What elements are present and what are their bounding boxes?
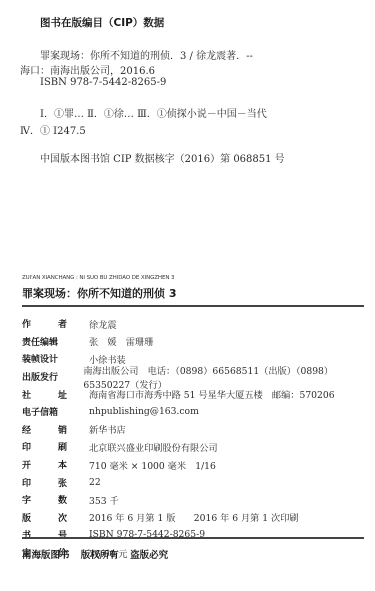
detail-label-part: 址 — [58, 388, 67, 401]
detail-label: 装帧设计 — [22, 352, 67, 365]
detail-label: 版次 — [22, 511, 67, 524]
detail-label: 印张 — [22, 476, 67, 489]
detail-row: 印刷北京联兴盛业印刷股份有限公司 — [22, 438, 375, 456]
pinyin-title: ZUI'AN XIANCHANG : NI SUO BU ZHIDAO DE X… — [22, 275, 174, 281]
detail-value: 22 — [89, 477, 101, 488]
cip-heading: 图书在版编目（CIP）数据 — [40, 15, 164, 30]
detail-label-part: 印 — [22, 476, 31, 489]
detail-value: 海南省海口市海秀中路 51 号星华大厦五楼 邮编：570206 — [89, 387, 335, 401]
detail-label-part: 印 — [22, 440, 31, 453]
detail-label: 责任编辑 — [22, 335, 67, 348]
detail-value: 徐龙震 — [89, 317, 117, 331]
detail-label-part: 刷 — [58, 440, 67, 453]
detail-label-part: 本 — [58, 458, 67, 471]
detail-label-part: 数 — [58, 493, 67, 506]
detail-row: 书号ISBN 978-7-5442-8265-9 — [22, 526, 375, 544]
detail-row: 开本710 毫米 × 1000 毫米 1/16 — [22, 456, 375, 474]
cip-record-line2: 海口：南海出版公司，2016.6 — [20, 62, 155, 77]
detail-label: 书号 — [22, 528, 67, 541]
detail-label-part: 销 — [58, 423, 67, 436]
detail-row: 印张22 — [22, 473, 375, 491]
detail-row: 经销新华书店 — [22, 421, 375, 439]
cip-number: 中国版本图书馆 CIP 数据核字（2016）第 068851 号 — [40, 150, 285, 165]
detail-label-part: 经 — [22, 423, 31, 436]
detail-row: 作者徐龙震 — [22, 315, 375, 333]
detail-label-part: 社 — [22, 388, 31, 401]
detail-value: 2016 年 6 月第 1 版 2016 年 6 月第 1 次印刷 — [89, 510, 299, 524]
detail-row: 电子信箱nhpublishing@163.com — [22, 403, 375, 421]
detail-label: 作者 — [22, 317, 67, 330]
copyright-footer: 南海版图书 版权所有 盗版必究 — [22, 547, 168, 561]
detail-value: 710 毫米 × 1000 毫米 1/16 — [89, 458, 216, 472]
bottom-divider — [22, 537, 364, 539]
detail-row: 字数353 千 — [22, 491, 375, 509]
detail-label-part: 字 — [22, 493, 31, 506]
detail-row: 责任编辑张 媛 雷珊珊 — [22, 333, 375, 351]
detail-label-part: 开 — [22, 458, 31, 471]
detail-label-part: 号 — [58, 528, 67, 541]
detail-label-part: 装帧设计 — [22, 352, 58, 365]
detail-label-part: 电子信箱 — [22, 405, 58, 418]
detail-label: 经销 — [22, 423, 67, 436]
detail-value: 张 媛 雷珊珊 — [89, 334, 153, 348]
detail-label-part: 书 — [22, 528, 31, 541]
detail-label: 字数 — [22, 493, 67, 506]
detail-label-part: 责任编辑 — [22, 335, 58, 348]
cip-record-line1: 罪案现场：你所不知道的刑侦．3 / 徐龙震著．-- — [40, 47, 253, 62]
detail-row: 社址海南省海口市海秀中路 51 号星华大厦五楼 邮编：570206 — [22, 385, 375, 403]
book-title: 罪案现场：你所不知道的刑侦 3 — [22, 285, 176, 301]
detail-label-part: 出版发行 — [22, 370, 58, 383]
cip-class-line2: Ⅳ．① I247.5 — [20, 122, 86, 137]
detail-row: 版次2016 年 6 月第 1 版 2016 年 6 月第 1 次印刷 — [22, 509, 375, 527]
detail-label: 开本 — [22, 458, 67, 471]
detail-label-part: 作 — [22, 317, 31, 330]
cip-class-line1: Ⅰ．①罪… Ⅱ．①徐… Ⅲ．①侦探小说－中国－当代 — [40, 105, 267, 120]
detail-row: 出版发行南海出版公司 电话：（0898）66568511（出版）（0898）65… — [22, 368, 375, 386]
publication-details: 作者徐龙震责任编辑张 媛 雷珊珊装帧设计小徐书装出版发行南海出版公司 电话：（0… — [22, 315, 375, 561]
detail-label: 社址 — [22, 388, 67, 401]
detail-label-part: 次 — [58, 511, 67, 524]
detail-label-part: 者 — [58, 317, 67, 330]
detail-label: 出版发行 — [22, 370, 61, 383]
detail-value: 新华书店 — [89, 422, 126, 436]
detail-label: 电子信箱 — [22, 405, 67, 418]
detail-value: 北京联兴盛业印刷股份有限公司 — [89, 440, 218, 454]
cip-isbn-line: ISBN 978-7-5442-8265-9 — [40, 77, 166, 88]
top-divider — [22, 305, 364, 307]
detail-label: 印刷 — [22, 440, 67, 453]
detail-value: ISBN 978-7-5442-8265-9 — [89, 529, 205, 540]
detail-value: nhpublishing@163.com — [89, 406, 199, 417]
detail-value: 353 千 — [89, 493, 119, 507]
detail-label-part: 张 — [58, 476, 67, 489]
detail-label-part: 版 — [22, 511, 31, 524]
